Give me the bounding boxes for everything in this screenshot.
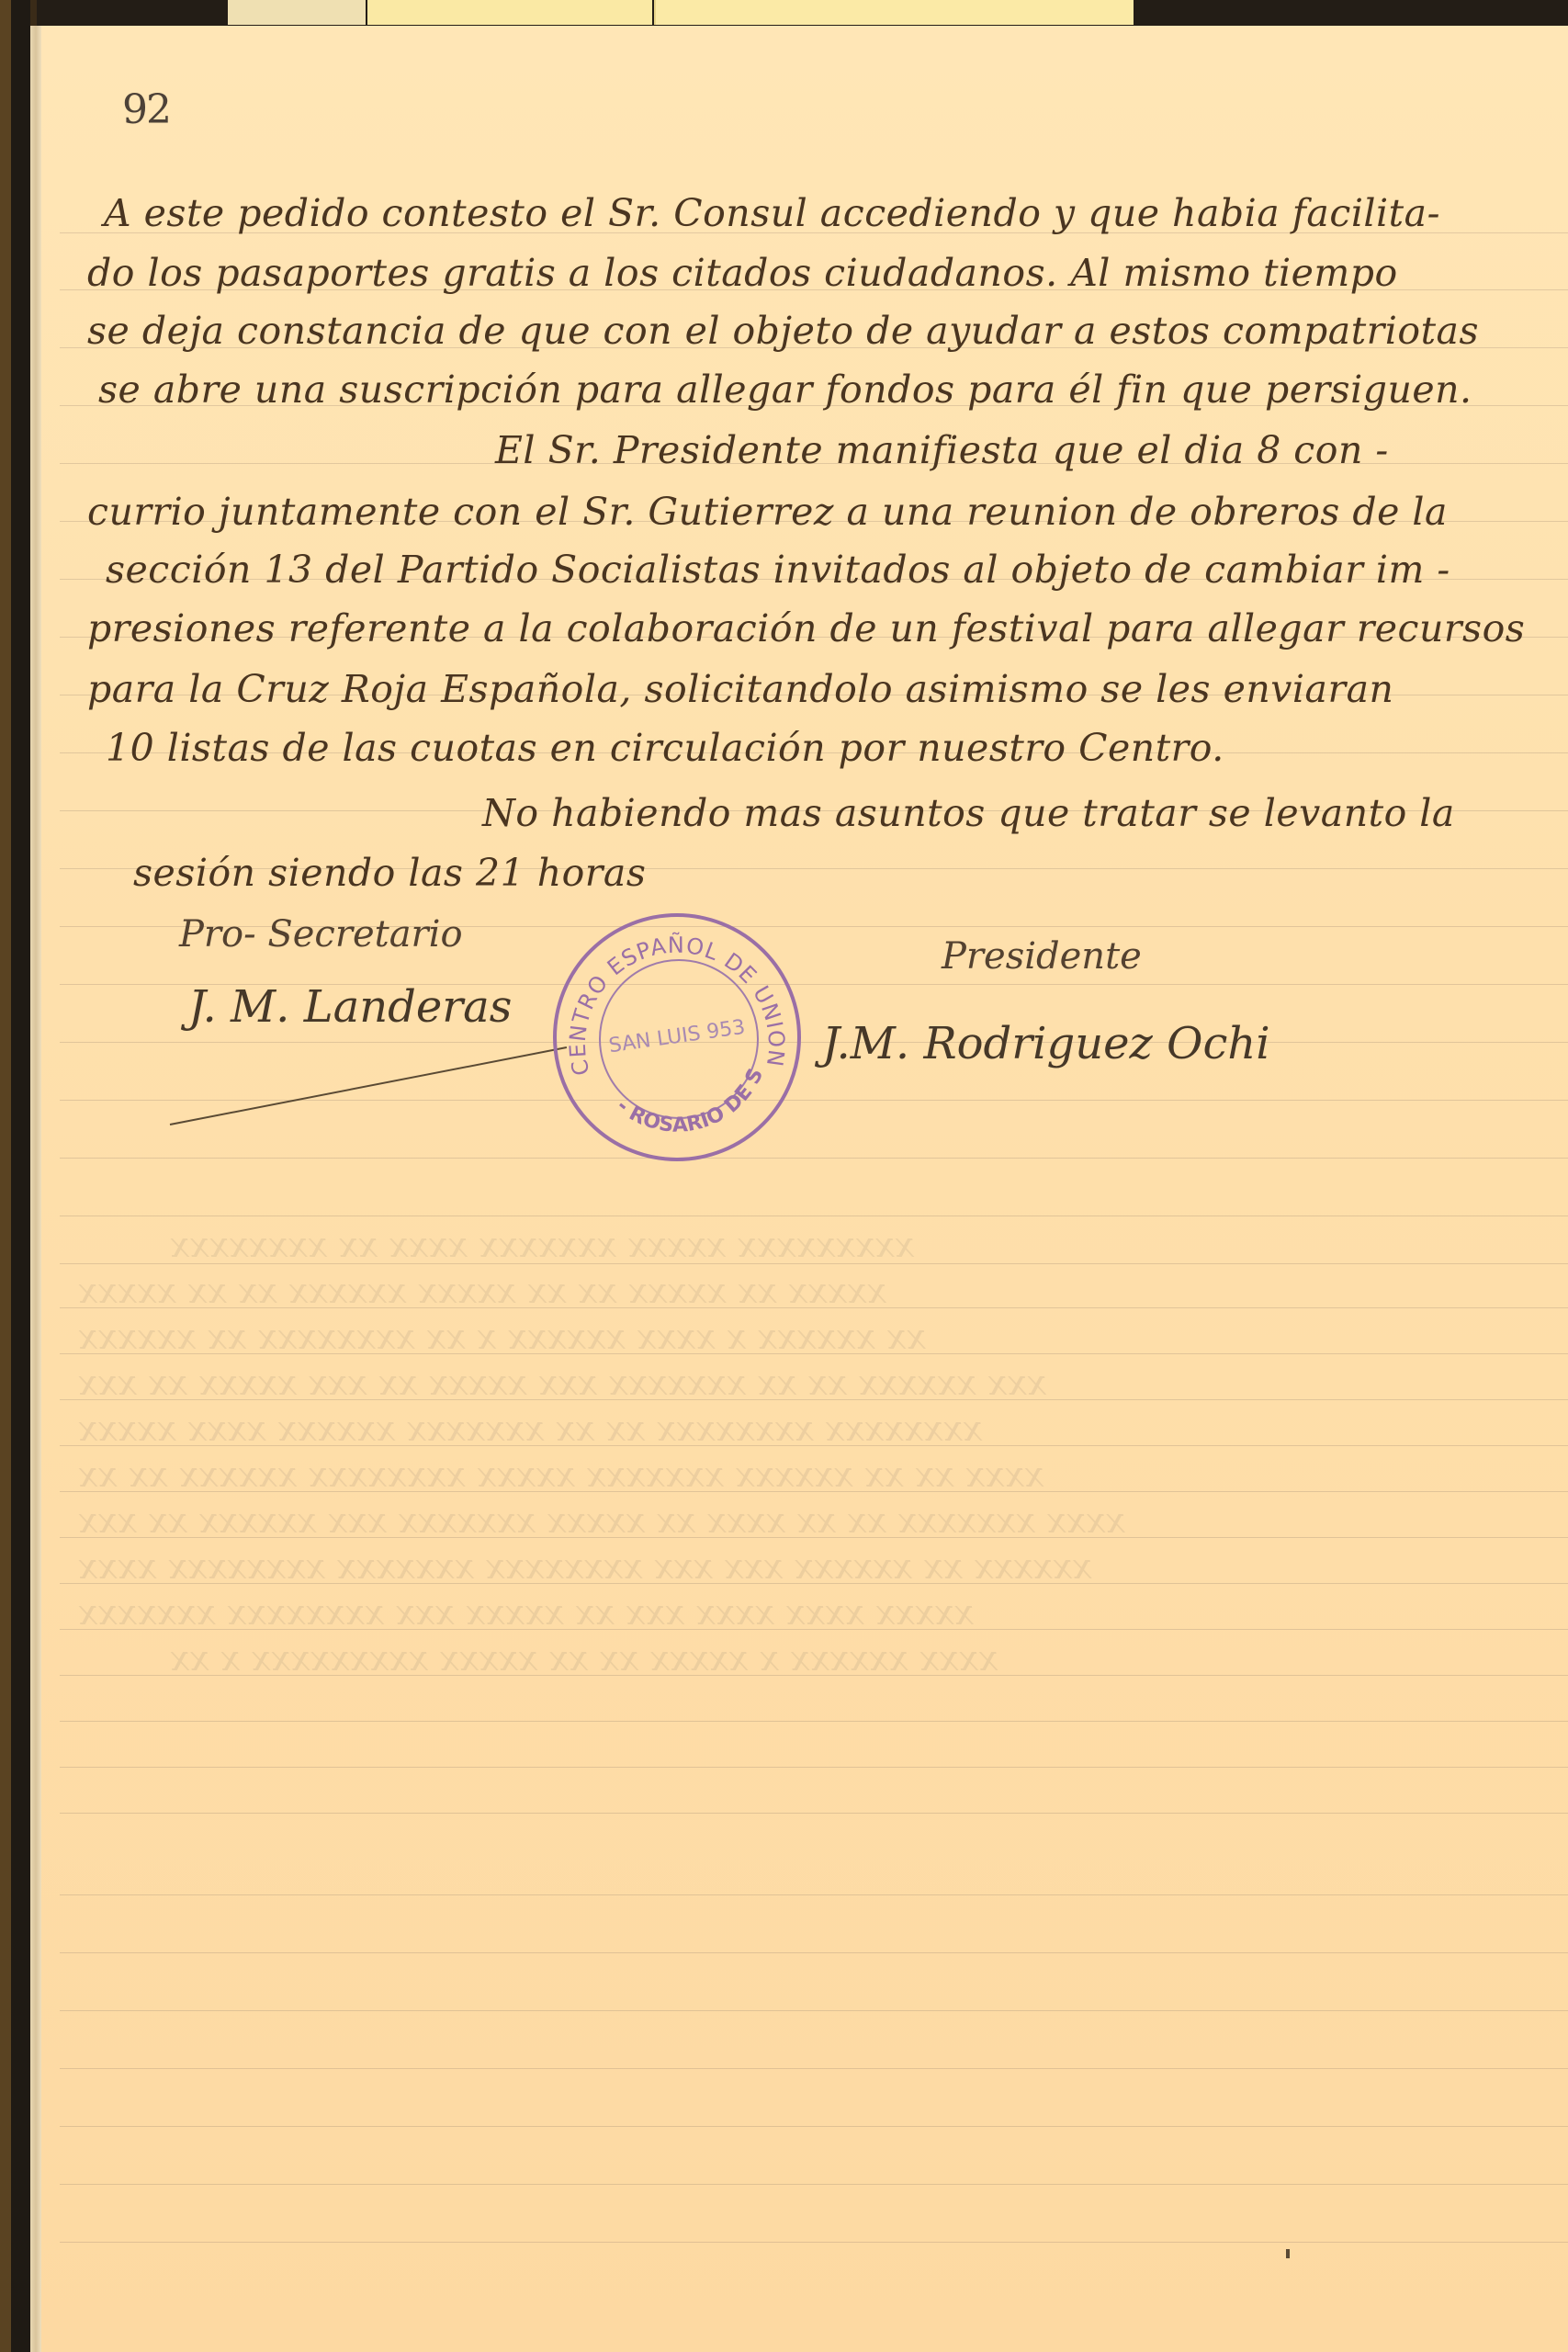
text-line: sesión siendo las 21 horas bbox=[133, 851, 646, 895]
text-line: se deja constancia de que con el objeto … bbox=[87, 309, 1479, 353]
text-line: currio juntamente con el Sr. Gutierrez a… bbox=[87, 490, 1448, 534]
ruled-line bbox=[60, 2242, 1568, 2243]
signature-flourish bbox=[170, 1046, 567, 1125]
secretary-signature: J. M. Landeras bbox=[188, 981, 512, 1033]
ruled-line bbox=[60, 1894, 1568, 1895]
text-line: El Sr. Presidente manifiesta que el dia … bbox=[495, 428, 1389, 472]
ruled-line bbox=[60, 2126, 1568, 2127]
ledger-page: xxxxxxxxx xxxxx xxxxxxx xxxx xx xxxxxxxx… bbox=[41, 26, 1568, 2352]
official-stamp: CENTRO ESPAÑOL DE UNION REPUBLICANA - RO… bbox=[553, 913, 801, 1161]
text-line: No habiendo mas asuntos que tratar se le… bbox=[482, 791, 1455, 835]
ruled-line bbox=[60, 2010, 1568, 2011]
text-line: para la Cruz Roja Española, solicitandol… bbox=[87, 667, 1393, 711]
text-line: sección 13 del Partido Socialistas invit… bbox=[106, 548, 1450, 592]
page-stack-edge bbox=[30, 26, 41, 2352]
secretary-label: Pro- Secretario bbox=[179, 913, 463, 955]
page-tab bbox=[228, 0, 366, 25]
ink-mark bbox=[1286, 2249, 1290, 2258]
ruled-line bbox=[60, 2068, 1568, 2069]
text-line: 10 listas de las cuotas en circulación p… bbox=[106, 726, 1224, 770]
page-tab bbox=[367, 0, 652, 25]
ruled-line bbox=[60, 1721, 1568, 1722]
ruled-line bbox=[60, 1767, 1568, 1768]
ruled-line bbox=[60, 1158, 1568, 1159]
president-signature: J.M. Rodriguez Ochi bbox=[822, 1018, 1270, 1069]
page-tab bbox=[654, 0, 1134, 25]
text-line: se abre una suscripción para allegar fon… bbox=[98, 367, 1472, 412]
ruled-line bbox=[60, 2184, 1568, 2185]
page-number: 92 bbox=[122, 86, 170, 133]
text-line: presiones referente a la colaboración de… bbox=[87, 606, 1525, 650]
ruled-line bbox=[60, 1042, 1568, 1043]
text-line: do los pasaportes gratis a los citados c… bbox=[87, 251, 1398, 295]
ruled-line bbox=[60, 1952, 1568, 1953]
ruled-line bbox=[60, 1813, 1568, 1814]
text-line: A este pedido contesto el Sr. Consul acc… bbox=[104, 191, 1440, 235]
president-label: Presidente bbox=[942, 935, 1142, 978]
ruled-line bbox=[60, 1216, 1568, 1216]
